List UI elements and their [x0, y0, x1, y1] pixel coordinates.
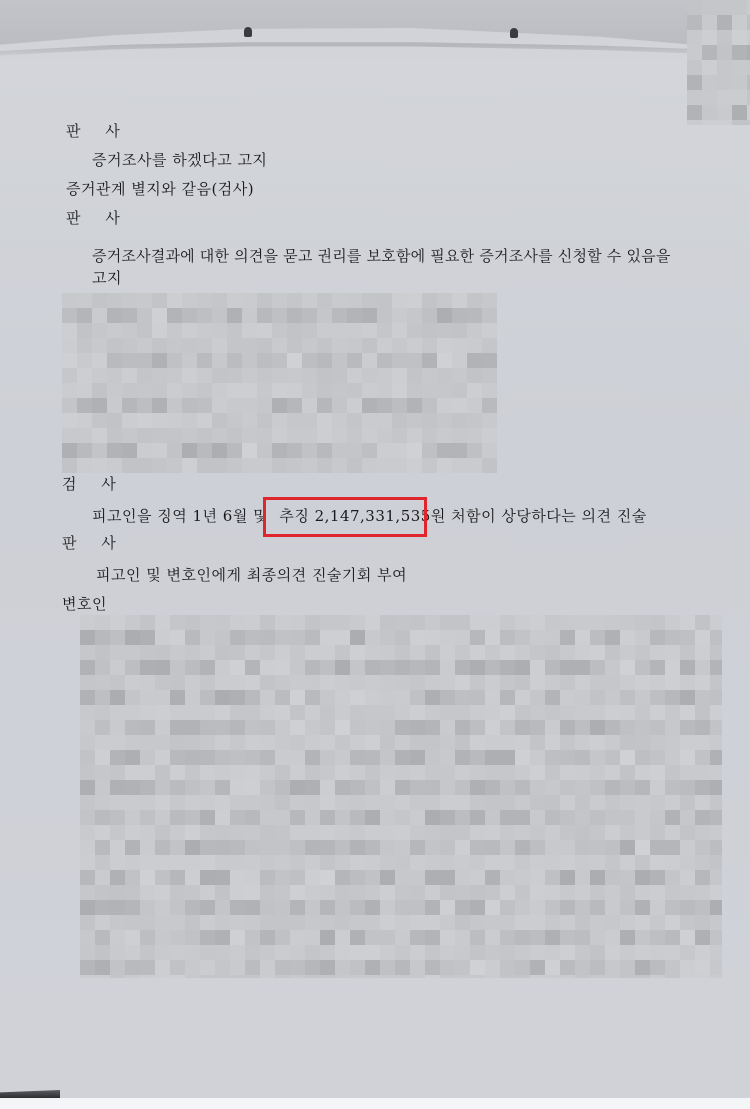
redacted-block-upper: [62, 293, 497, 473]
scan-bottom-edge: [0, 1098, 750, 1109]
speaker-label: 판 사: [66, 121, 130, 141]
red-highlight-box: [263, 497, 427, 537]
speaker-label: 판 사: [66, 208, 130, 228]
scanned-page: 판 사 증거조사를 하겠다고 고지 증거관계 별지와 같음(검사) 판 사 증거…: [0, 0, 750, 1098]
statement-text: 피고인 및 변호인에게 최종의견 진술기회 부여: [96, 565, 407, 585]
redacted-block-defense-statement: [80, 615, 722, 978]
statement-text: 증거조사를 하겠다고 고지: [92, 150, 267, 170]
speaker-label: 변호인: [62, 594, 107, 614]
statement-text-before: 피고인을 징역 1년 6월 및: [92, 507, 273, 525]
punch-hole-icon: [244, 27, 252, 37]
punch-hole-icon: [510, 28, 518, 38]
page-corner-curl: [0, 1090, 60, 1098]
redacted-block-top-right: [687, 0, 750, 125]
statement-text: 증거조사결과에 대한 의견을 묻고 권리를 보호함에 필요한 증거조사를 신청할…: [92, 246, 671, 266]
page-fold: [0, 0, 750, 80]
evidence-note: 증거관계 별지와 같음(검사): [66, 179, 254, 199]
statement-text-after: 처함이 상당하다는 의견 진술: [446, 507, 647, 525]
statement-continuation: 고지: [92, 268, 122, 288]
speaker-label: 검 사: [62, 474, 126, 494]
speaker-label: 판 사: [62, 533, 126, 553]
